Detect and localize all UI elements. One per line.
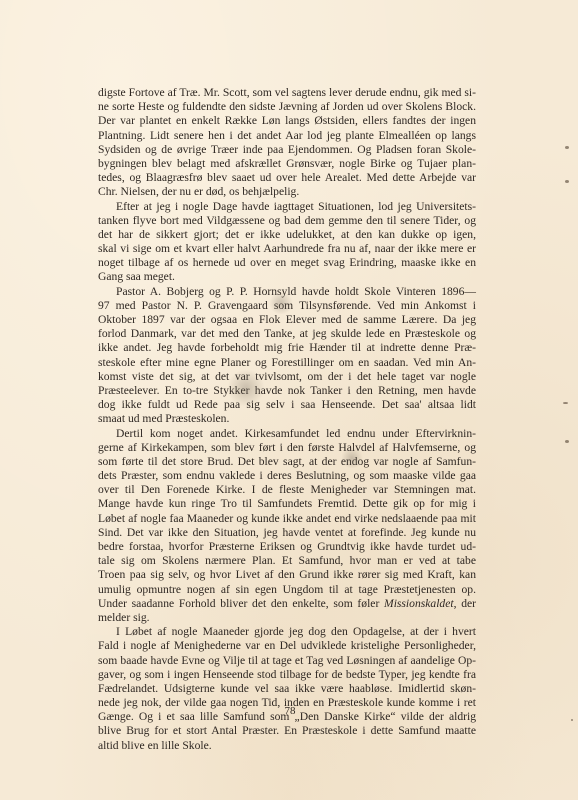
paragraph: Dertil kom noget andet. Kirkesamfundet l… <box>98 427 476 626</box>
text-line: dog ikke fuldt ud Rede paa sig selv i sa… <box>98 398 476 412</box>
text-line: Fædrelandet. Udsigterne kunde vel saa ik… <box>98 682 476 696</box>
text-line: som førte til det store Brud. Det blev s… <box>98 455 476 469</box>
text-line: Dertil kom noget andet. Kirkesamfundet l… <box>98 427 476 441</box>
text-line: Under saadanne Forhold bliver det den en… <box>98 597 476 611</box>
text-line: som baade havde Evne og Vilje til at tag… <box>98 654 476 668</box>
paragraph: digste Fortove af Træ. Mr. Scott, som ve… <box>98 86 476 200</box>
text-line: tanken flyve bort med Vildgæssene og bad… <box>98 214 476 228</box>
paragraph: I Løbet af nogle Maaneder gjorde jeg dog… <box>98 625 476 753</box>
text-line: blive Brug for et stort Antal Præster. E… <box>98 724 476 738</box>
speck <box>563 402 568 404</box>
speck <box>571 719 573 721</box>
text-line: altid blive en lille Skole. <box>98 739 476 753</box>
speck <box>565 440 569 443</box>
text-line: I Løbet af nogle Maaneder gjorde jeg dog… <box>98 625 476 639</box>
text-segment: Under saadanne Forhold bliver det den en… <box>98 597 384 610</box>
text-line: bedre forstaa, hvorfor Præsterne Eriksen… <box>98 540 476 554</box>
text-line: melder sig. <box>98 611 476 625</box>
text-line: gerne af Kirkekampen, som blev ført i de… <box>98 441 476 455</box>
text-line: tale sig om Skolens nærmere Plan. Et Sam… <box>98 554 476 568</box>
text-line: noget tilbage af os hernede ud over en m… <box>98 256 476 270</box>
text-line: Gang saa meget. <box>98 270 476 284</box>
body-text: digste Fortove af Træ. Mr. Scott, som ve… <box>98 86 476 753</box>
text-line: steskole efter mine egne Planer og Fores… <box>98 356 476 370</box>
text-line: gaver, og som i ingen Henseende stod til… <box>98 668 476 682</box>
text-line: det har de sikkert gjort; det er ikke ud… <box>98 228 476 242</box>
text-line: Løbet af nogle faa Maaneder og kunde ikk… <box>98 512 476 526</box>
text-line: bygningen blev belagt med afskrællet Grø… <box>98 157 476 171</box>
text-line: ikke andet. Jeg havde forbeholdt mig fri… <box>98 341 476 355</box>
text-line: skal vi sige om et kvart eller halvt Aar… <box>98 242 476 256</box>
text-line: Chr. Nielsen, der nu er død, os behjælpe… <box>98 185 476 199</box>
ink-smudge <box>268 292 294 314</box>
text-line: Præsteelever. En to-tre Stykker havde no… <box>98 384 476 398</box>
text-line: Sydsiden og de øvrige Træer inde paa Eje… <box>98 143 476 157</box>
text-line: Der var plantet en enkelt Række Løn lang… <box>98 114 476 128</box>
text-line: Mange havde kun ringe Tro til Samfundets… <box>98 497 476 511</box>
text-line: forlod Danmark, var det med den Tanke, a… <box>98 327 476 341</box>
text-line: Oktober 1897 var der ogsaa en Flok Eleve… <box>98 313 476 327</box>
scanned-book-page: digste Fortove af Træ. Mr. Scott, som ve… <box>0 0 578 800</box>
page-number: 78 <box>270 705 310 717</box>
text-line: Sind. Det var ikke den Situation, jeg ha… <box>98 526 476 540</box>
text-line: Efter at jeg i nogle Dage havde iagttage… <box>98 200 476 214</box>
ink-smudge <box>340 448 364 468</box>
italic-term: Missionskaldet <box>384 597 454 610</box>
paragraph: Efter at jeg i nogle Dage havde iagttage… <box>98 200 476 285</box>
text-segment: , der <box>454 597 476 610</box>
text-line: ne sorte Heste og fuldendte den sidste J… <box>98 100 476 114</box>
speck <box>565 180 569 183</box>
text-line: dets Præster, som endnu vaklede i deres … <box>98 469 476 483</box>
ink-smudge <box>228 368 264 408</box>
text-line: over til Den Forenede Kirke. I de fleste… <box>98 483 476 497</box>
text-line: tedes, og Blaagræsfrø blev saaet ud over… <box>98 171 476 185</box>
text-line: Fald i nogle af Menighederne var en Del … <box>98 639 476 653</box>
text-line: komst viste det sig, at det var tvivlsom… <box>98 370 476 384</box>
speck <box>565 146 569 149</box>
text-line: smaat ud med Præsteskolen. <box>98 412 476 426</box>
text-line: Plantning. Lidt senere hen i det andet A… <box>98 129 476 143</box>
text-line: umulig opmuntre nogen af sin egen Ungdom… <box>98 583 476 597</box>
text-line: digste Fortove af Træ. Mr. Scott, som ve… <box>98 86 476 100</box>
text-line: Troen paa sig selv, og hvor Livet af den… <box>98 568 476 582</box>
